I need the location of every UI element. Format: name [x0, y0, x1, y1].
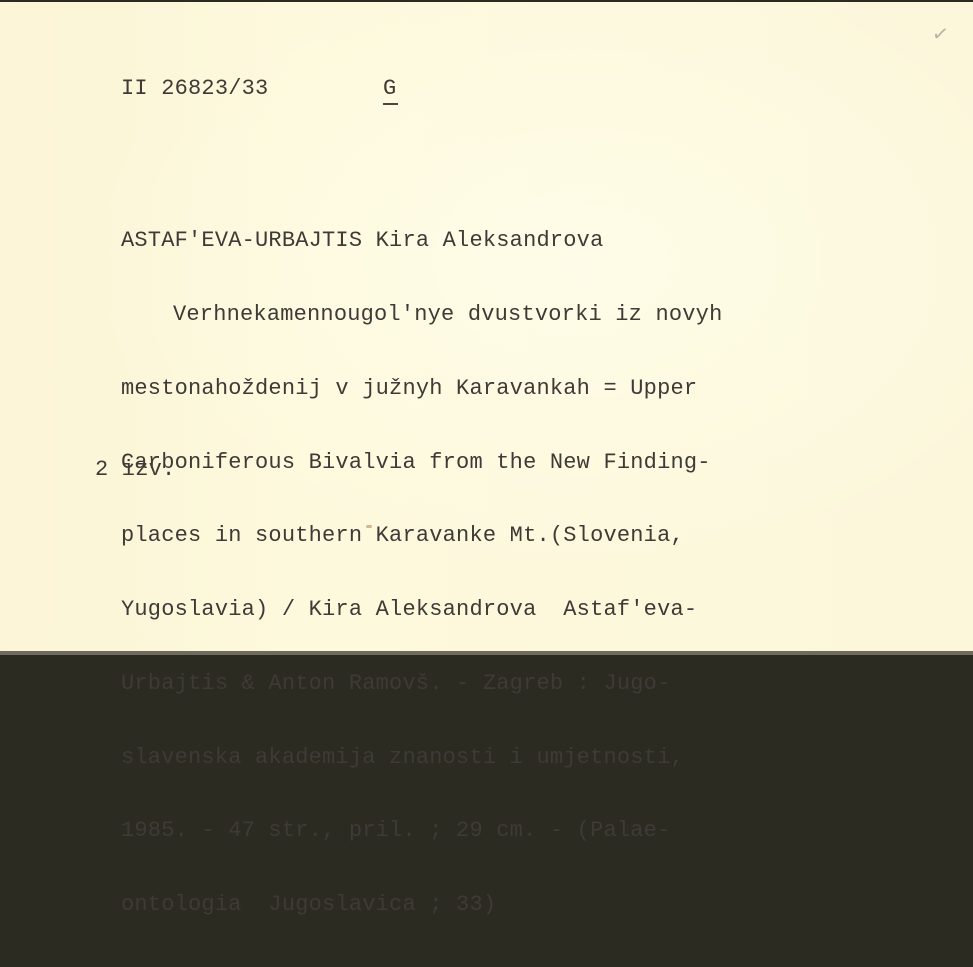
entry-line: places in southern Karavanke Mt.(Sloveni…	[121, 524, 723, 549]
bibliographic-entry: ASTAF'EVA-URBAJTIS Kira Aleksandrova Ver…	[121, 180, 723, 655]
entry-line: Yugoslavia) / Kira Aleksandrova Astaf'ev…	[121, 598, 723, 623]
card-bottom-edge	[0, 651, 973, 655]
entry-line: Verhnekamennougol'nye dvustvorki iz novy…	[121, 303, 723, 328]
language-code: G	[383, 77, 396, 102]
call-number: II 26823/33	[121, 77, 268, 102]
paper-speck	[366, 525, 372, 528]
entry-line: mestonahoždenij v južnyh Karavankah = Up…	[121, 377, 723, 402]
author-heading: ASTAF'EVA-URBAJTIS Kira Aleksandrova	[121, 229, 723, 254]
language-code-underline	[383, 103, 398, 105]
check-mark-icon: ✓	[930, 21, 955, 50]
copies-note: 2 izv.	[95, 458, 175, 483]
entry-line: Carboniferous Bivalvia from the New Find…	[121, 451, 723, 476]
catalog-card: II 26823/33 G ✓ ASTAF'EVA-URBAJTIS Kira …	[0, 2, 973, 651]
